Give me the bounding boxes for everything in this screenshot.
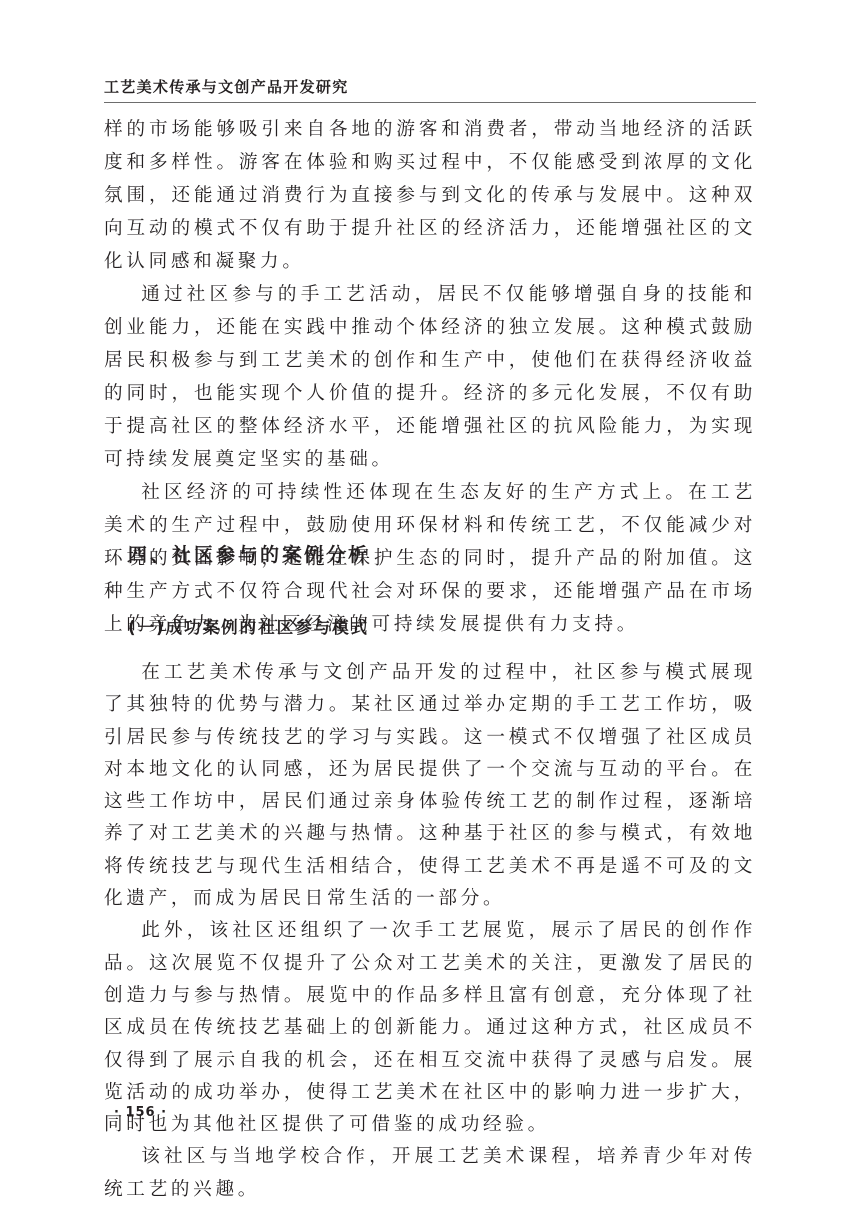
subsection-heading: (一)成功案例的社区参与模式 bbox=[128, 614, 369, 638]
body-section-b: 在工艺美术传承与文创产品开发的过程中，社区参与模式展现了其独特的优势与潜力。某社… bbox=[104, 657, 756, 1206]
header-rule bbox=[104, 102, 756, 103]
section-heading: 四、社区参与的案例分析 bbox=[128, 540, 370, 567]
paragraph: 该社区与当地学校合作，开展工艺美术课程，培养青少年对传统工艺的兴趣。 bbox=[104, 1141, 756, 1206]
paragraph: 此外，该社区还组织了一次手工艺展览，展示了居民的创作作品。这次展览不仅提升了公众… bbox=[104, 915, 756, 1141]
page-number: · 156 · bbox=[114, 1105, 167, 1120]
running-head-title: 工艺美术传承与文创产品开发研究 bbox=[104, 76, 349, 97]
paragraph-continued: 样的市场能够吸引来自各地的游客和消费者，带动当地经济的活跃度和多样性。游客在体验… bbox=[104, 113, 756, 278]
paragraph: 在工艺美术传承与文创产品开发的过程中，社区参与模式展现了其独特的优势与潜力。某社… bbox=[104, 657, 756, 915]
paragraph: 通过社区参与的手工艺活动，居民不仅能够增强自身的技能和创业能力，还能在实践中推动… bbox=[104, 278, 756, 476]
